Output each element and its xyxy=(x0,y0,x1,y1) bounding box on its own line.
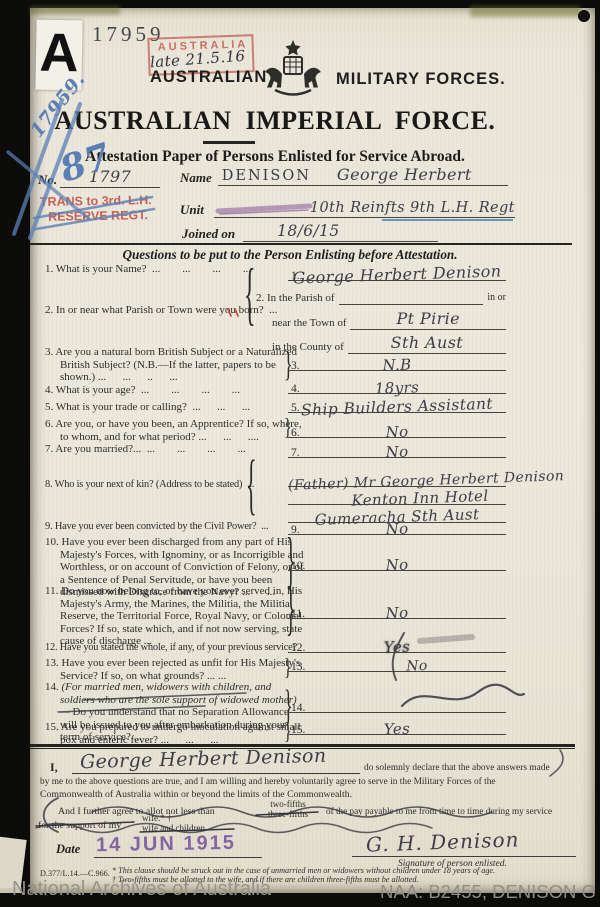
question-12: 12. Have you stated the whole, if any, o… xyxy=(45,642,297,655)
answer-8-line1: (Father) Mr George Herbert Denison xyxy=(288,468,506,487)
declaration-name-underline xyxy=(72,773,360,774)
name-label: Name xyxy=(180,170,212,186)
header-right: MILITARY FORCES. xyxy=(336,70,506,89)
signature-underline xyxy=(352,856,576,857)
surname-value: DENISON xyxy=(222,168,311,184)
answer-9: 9. No xyxy=(288,518,506,535)
county-row: in the County of Sth Aust xyxy=(272,336,506,354)
no-label: No. xyxy=(38,172,57,188)
answer-8-line2: Kenton Inn Hotel xyxy=(288,486,506,505)
parish-row: 2. In the Parish of in or xyxy=(256,288,506,305)
support-clause: for the support of my xyxy=(38,820,121,831)
form-code: D.377/L.14.—C.966. xyxy=(40,869,110,878)
joined-row: Joined on 18/6/15 xyxy=(182,222,438,242)
fraction-bottom: three-fifths xyxy=(256,809,320,819)
scanned-attestation-document: A 17959 AUSTRALIA late 21.5.16 AUSTRALIA… xyxy=(0,0,600,907)
question-3: 3. Are you a natural born British Subjec… xyxy=(45,346,306,384)
section-rule xyxy=(30,243,572,245)
answer-13: 13. No xyxy=(288,655,506,672)
answer-3: 3. N.B xyxy=(288,354,506,371)
title-underline xyxy=(203,141,255,144)
unit-label: Unit xyxy=(180,202,204,218)
answer-4: 4. 18yrs xyxy=(288,377,506,394)
answer-12: 12. Yes xyxy=(288,636,506,653)
date-label: Date xyxy=(56,842,80,857)
unit-value: 10th Reinfts 9th L.H. Regt xyxy=(310,200,515,216)
allotment-post: of the pay payable to me from time to ti… xyxy=(326,806,552,816)
hole-punch-mark xyxy=(578,10,590,22)
question-9: 9. Have you ever been convicted by the C… xyxy=(45,521,268,534)
name-row: Name DENISON George Herbert xyxy=(180,166,508,186)
question-2: 2. In or near what Parish or Town were y… xyxy=(45,304,277,317)
declaration-i: I, xyxy=(50,760,58,775)
question-13: 13. Have you ever been rejected as unfit… xyxy=(45,657,306,682)
scan-edge-tint-right xyxy=(470,6,580,17)
header-left: AUSTRALIAN xyxy=(150,68,267,87)
wife-top: wife.* † xyxy=(142,813,207,823)
transfer-stamp: TRANS to 3rd. L.H. RESERVE REGT. xyxy=(40,193,152,225)
declaration-line1: do solemnly declare that the above answe… xyxy=(364,763,550,773)
watermark-archives: National Archives of Australia xyxy=(12,878,271,901)
blue-underline-mark xyxy=(382,219,513,222)
footnote-1: * This clause should be struck out in th… xyxy=(112,866,495,875)
question-15: 15. Are you prepared to undergo inoculat… xyxy=(45,721,306,746)
answer-5: 5. Ship Builders Assistant xyxy=(288,396,506,413)
coat-of-arms xyxy=(256,38,330,104)
declaration-line2: by me to the above questions are true, a… xyxy=(40,777,496,787)
fraction-top: two-fifths xyxy=(256,799,320,809)
question-6: 6. Are you, or have you been, an Apprent… xyxy=(45,418,306,443)
joined-label: Joined on xyxy=(182,226,235,242)
question-11: 11. Do you now belong to, or have you ev… xyxy=(45,585,306,648)
date-stamp: 14 JUN 1915 xyxy=(96,832,236,857)
page-title: AUSTRALIAN IMPERIAL FORCE. xyxy=(15,106,535,136)
date-underline xyxy=(94,857,262,858)
answer-6: 6. No xyxy=(288,421,506,438)
town-row: near the Town of Pt Pirie xyxy=(272,312,506,330)
answer-11: 11. No xyxy=(288,602,506,619)
answer-1: 1. George Herbert Denison xyxy=(288,260,506,281)
answer-15: 15. Yes xyxy=(288,718,506,735)
transfer-stamp-line2: RESERVE REGT. xyxy=(48,208,152,225)
given-names-value: George Herbert xyxy=(337,165,472,184)
brace-q2: { xyxy=(244,258,256,336)
scan-edge-tint-left xyxy=(30,6,120,15)
answer-7: 7. No xyxy=(288,441,506,458)
fraction-stack: two-fifths three-fifths xyxy=(256,799,320,819)
joined-value: 18/6/15 xyxy=(277,222,340,240)
unit-row: Unit 10th Reinfts 9th L.H. Regt xyxy=(180,198,508,218)
answer-14: 14. xyxy=(288,694,506,713)
question-5: 5. What is your trade or calling? ... ..… xyxy=(45,401,250,414)
watermark-naa-reference: NAA: B2455, DENISON G H xyxy=(380,881,600,903)
question-4: 4. What is your age? ... ... ... ... xyxy=(45,384,240,397)
wife-stack: wife.* † wife and children. xyxy=(142,813,207,833)
question-8: 8. Who is your next of kin? (Address to … xyxy=(45,479,254,492)
brace-q8: { xyxy=(246,445,257,526)
question-1: 1. What is your Name? ... ... ... ... xyxy=(45,263,251,276)
question-7: 7. Are you married?... ... ... ... ... xyxy=(45,443,246,456)
answer-10: 10. No xyxy=(288,554,506,571)
